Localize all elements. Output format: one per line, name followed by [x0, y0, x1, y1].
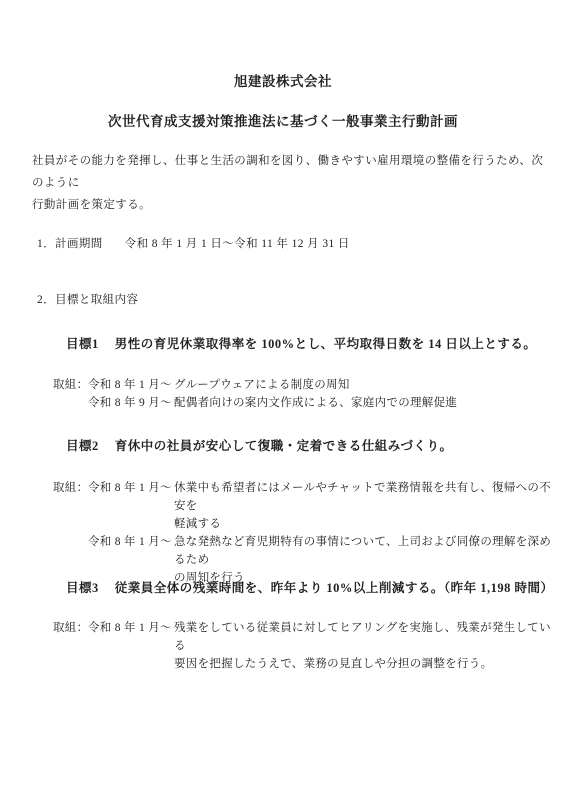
goal-2-heading: 目標2 育休中の社員が安心して復職・定着できる仕組みづくり。 [66, 436, 453, 454]
initiatives-label: 取組： [53, 479, 88, 497]
initiative-date: 令和 8 年 9 月～ [88, 394, 174, 412]
initiative-list: 令和 8 年 1 月～ グループウェアによる制度の周知 令和 8 年 9 月～ … [88, 376, 558, 412]
initiative-date: 令和 8 年 1 月～ [88, 376, 174, 394]
initiative-text: グループウェアによる制度の周知 [174, 376, 558, 394]
section-number: 2． [37, 291, 55, 307]
document-title: 次世代育成支援対策推進法に基づく一般事業主行動計画 [0, 110, 566, 130]
goal-2-title: 育休中の社員が安心して復職・定着できる仕組みづくり。 [115, 436, 453, 454]
goal-3-label: 目標3 [66, 578, 99, 596]
section-goals-header: 2．目標と取組内容 [37, 291, 138, 307]
initiative-date: 令和 8 年 1 月～ [88, 619, 174, 637]
document-page: 旭建設株式会社 次世代育成支援対策推進法に基づく一般事業主行動計画 社員がその能… [0, 0, 566, 800]
initiative-date: 令和 8 年 1 月～ [88, 533, 174, 551]
goal-3-title: 従業員全体の残業時間を、昨年より 10%以上削減する。（昨年 1,198 時間） [115, 578, 554, 596]
intro-paragraph: 社員がその能力を発揮し、仕事と生活の調和を図り、働きやすい雇用環境の整備を行うた… [32, 150, 544, 216]
goal-2-initiatives: 取組： 令和 8 年 1 月～ 休業中も希望者にはメールやチャットで業務情報を共… [53, 479, 558, 587]
initiatives-label: 取組： [53, 619, 88, 637]
section-number: 1． [37, 235, 55, 251]
goal-1-heading: 目標1 男性の育児休業取得率を 100%とし、平均取得日数を 14 日以上とする… [66, 334, 536, 352]
goal-3-heading: 目標3 従業員全体の残業時間を、昨年より 10%以上削減する。（昨年 1,198… [66, 578, 554, 596]
initiative-row: 令和 8 年 1 月～ 残業をしている従業員に対してヒアリングを実施し、残業が発… [88, 619, 558, 673]
initiative-text: 残業をしている従業員に対してヒアリングを実施し、残業が発生している 要因を把握し… [174, 619, 558, 673]
initiative-row: 令和 8 年 1 月～ 休業中も希望者にはメールやチャットで業務情報を共有し、復… [88, 479, 558, 533]
section-label: 計画期間 [55, 235, 103, 251]
initiatives-label: 取組： [53, 376, 88, 394]
goal-1-label: 目標1 [66, 334, 99, 352]
initiative-date: 令和 8 年 1 月～ [88, 479, 174, 497]
initiative-row: 令和 8 年 1 月～ グループウェアによる制度の周知 [88, 376, 558, 394]
goal-2-label: 目標2 [66, 436, 99, 454]
section-plan-period: 1．計画期間令和 8 年 1 月 1 日～令和 11 年 12 月 31 日 [37, 235, 350, 251]
plan-period-value: 令和 8 年 1 月 1 日～令和 11 年 12 月 31 日 [125, 235, 350, 251]
initiative-list: 令和 8 年 1 月～ 休業中も希望者にはメールやチャットで業務情報を共有し、復… [88, 479, 558, 587]
initiative-row: 令和 8 年 9 月～ 配偶者向けの案内文作成による、家庭内での理解促進 [88, 394, 558, 412]
goal-1-initiatives: 取組： 令和 8 年 1 月～ グループウェアによる制度の周知 令和 8 年 9… [53, 376, 558, 412]
company-name: 旭建設株式会社 [0, 70, 566, 90]
initiative-text: 配偶者向けの案内文作成による、家庭内での理解促進 [174, 394, 558, 412]
goal-3-initiatives: 取組： 令和 8 年 1 月～ 残業をしている従業員に対してヒアリングを実施し、… [53, 619, 558, 673]
goal-1-title: 男性の育児休業取得率を 100%とし、平均取得日数を 14 日以上とする。 [115, 334, 537, 352]
initiative-list: 令和 8 年 1 月～ 残業をしている従業員に対してヒアリングを実施し、残業が発… [88, 619, 558, 673]
section-label: 目標と取組内容 [55, 291, 138, 307]
initiative-text: 休業中も希望者にはメールやチャットで業務情報を共有し、復帰への不安を 軽減する [174, 479, 558, 533]
